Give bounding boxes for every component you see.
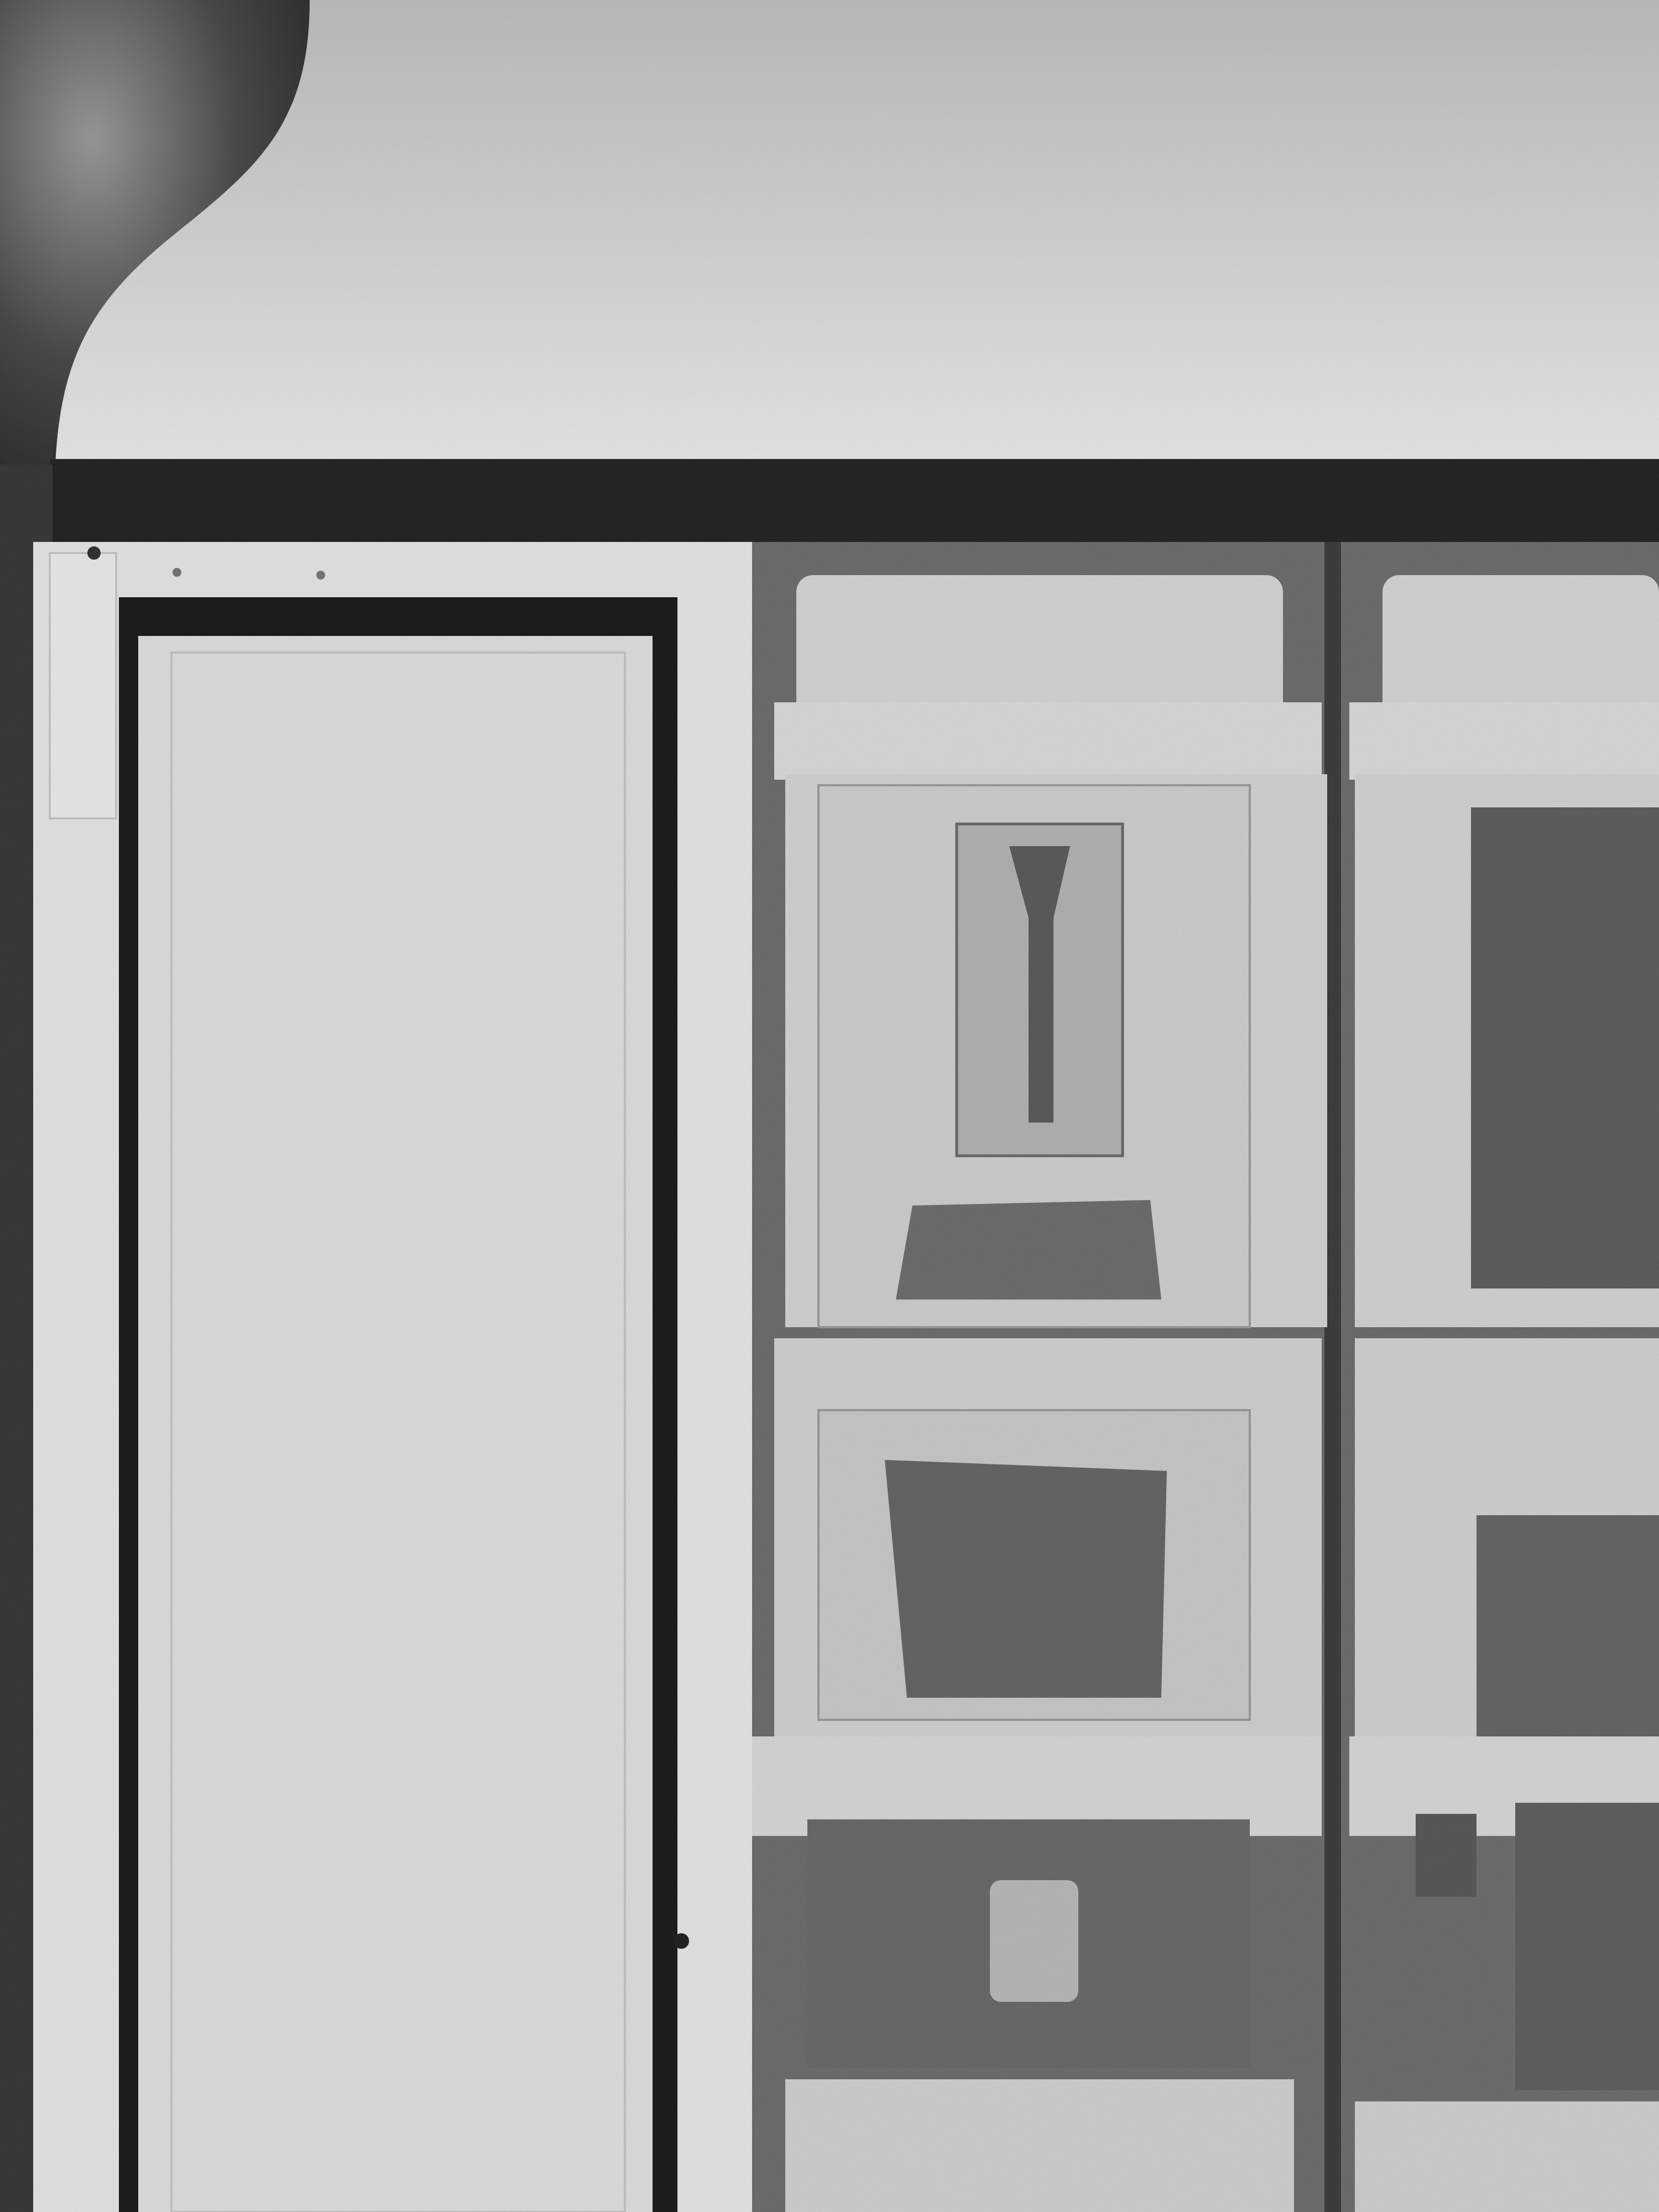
photograph bbox=[0, 0, 1659, 2212]
painted-door-left bbox=[752, 575, 1327, 2212]
screw bbox=[87, 546, 101, 560]
screw bbox=[316, 571, 325, 580]
keyhole bbox=[674, 1933, 689, 1949]
dark-band bbox=[50, 459, 1659, 542]
hinge-plate bbox=[50, 553, 116, 818]
plain-door-panel bbox=[138, 636, 653, 2212]
screw bbox=[173, 568, 181, 577]
